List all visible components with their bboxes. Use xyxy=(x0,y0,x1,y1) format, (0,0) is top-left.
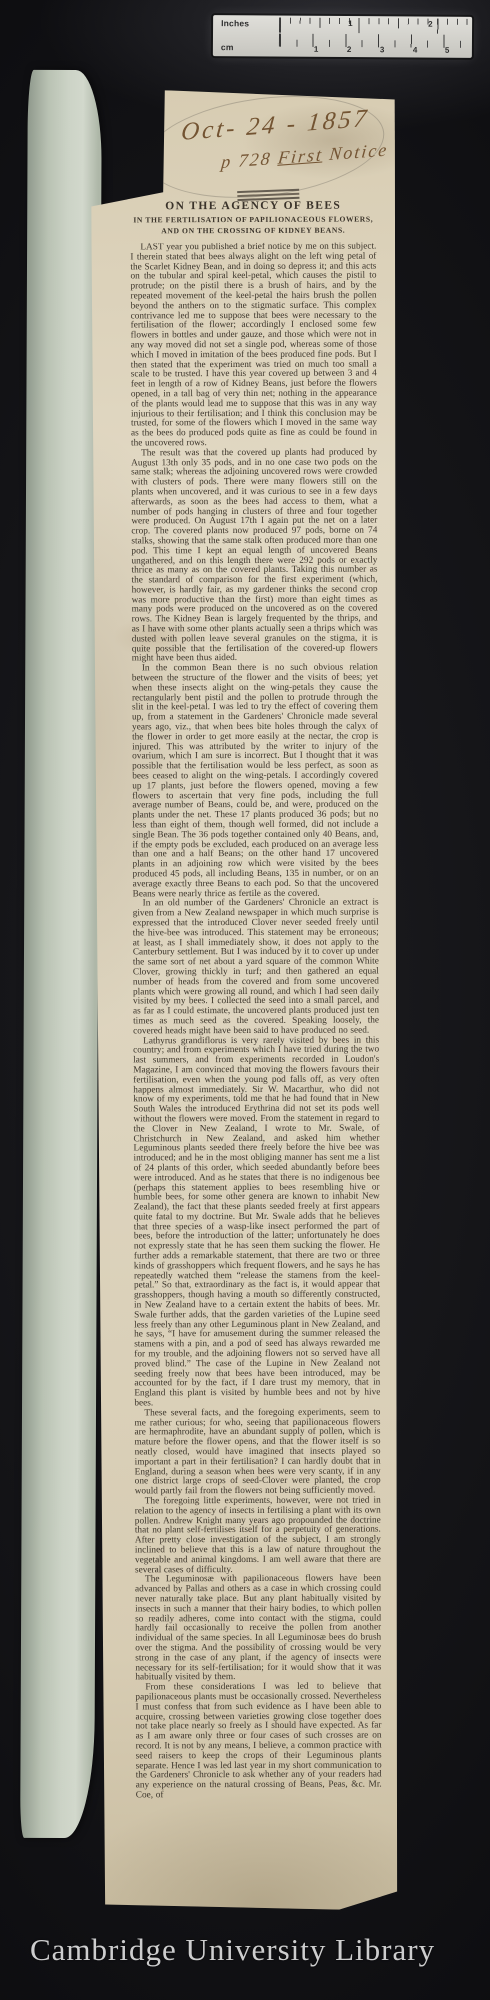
article-subtitle-2: AND ON THE CROSSING OF KIDNEY BEANS. xyxy=(130,226,376,236)
article-subtitle-1: IN THE FERTILISATION OF PAPILIONACEOUS F… xyxy=(130,215,376,225)
reference-underlined-word: First xyxy=(277,144,324,168)
ruler-cm-number: 2 xyxy=(347,45,352,54)
article-paragraph: The Leguminosæ with papilionaceous flowe… xyxy=(135,1575,381,1684)
ruler-cm-scale xyxy=(279,34,468,48)
ruler-inches-label: Inches xyxy=(221,18,249,28)
article-paragraph: The result was that the covered up plant… xyxy=(131,448,378,664)
measuring-ruler: Inches cm 1 2 1 2 3 4 5 xyxy=(213,15,472,58)
ruler-cm-label: cm xyxy=(221,42,234,52)
article-paragraph: These several facts, and the foregoing e… xyxy=(134,1408,380,1497)
article-heading: ON THE AGENCY OF BEES IN THE FERTILISATI… xyxy=(130,200,376,236)
article-paragraph: Lathyrus grandiflorus is very rarely vis… xyxy=(133,1036,380,1409)
library-watermark: Cambridge University Library xyxy=(30,1932,480,1968)
article-paragraph: The foregoing little experiments, howeve… xyxy=(135,1497,381,1576)
newspaper-clipping: Oct- 24 - 1857 p 728 First Notice This s… xyxy=(85,85,401,1922)
ruler-cm-number: 1 xyxy=(314,45,319,54)
article-paragraph: LAST year you published a brief notice b… xyxy=(130,243,377,450)
article-body-column: LAST year you published a brief notice b… xyxy=(130,243,382,1906)
facing-page-edge xyxy=(20,70,102,1838)
article-paragraph: From these considerations I was led to b… xyxy=(135,1683,381,1801)
article-paragraph: In the common Bean there is no such obvi… xyxy=(132,664,379,900)
ruler-cm-number: 5 xyxy=(445,46,450,55)
ruler-inch-number: 2 xyxy=(428,20,433,29)
ruler-cm-number: 3 xyxy=(380,45,385,54)
reference-prefix: p 728 xyxy=(220,148,279,172)
ruler-inch-number: 1 xyxy=(348,19,353,28)
article-paragraph: In an old number of the Gardeners' Chron… xyxy=(133,899,379,1037)
ruler-cm-number: 4 xyxy=(413,45,418,54)
article-title: ON THE AGENCY OF BEES xyxy=(130,200,376,213)
reference-suffix: Notice xyxy=(322,140,389,165)
photographed-document-scan: Inches cm 1 2 1 2 3 4 5 Oct- 24 - 1857 p… xyxy=(0,0,490,2000)
ruler-inch-scale xyxy=(279,18,468,34)
